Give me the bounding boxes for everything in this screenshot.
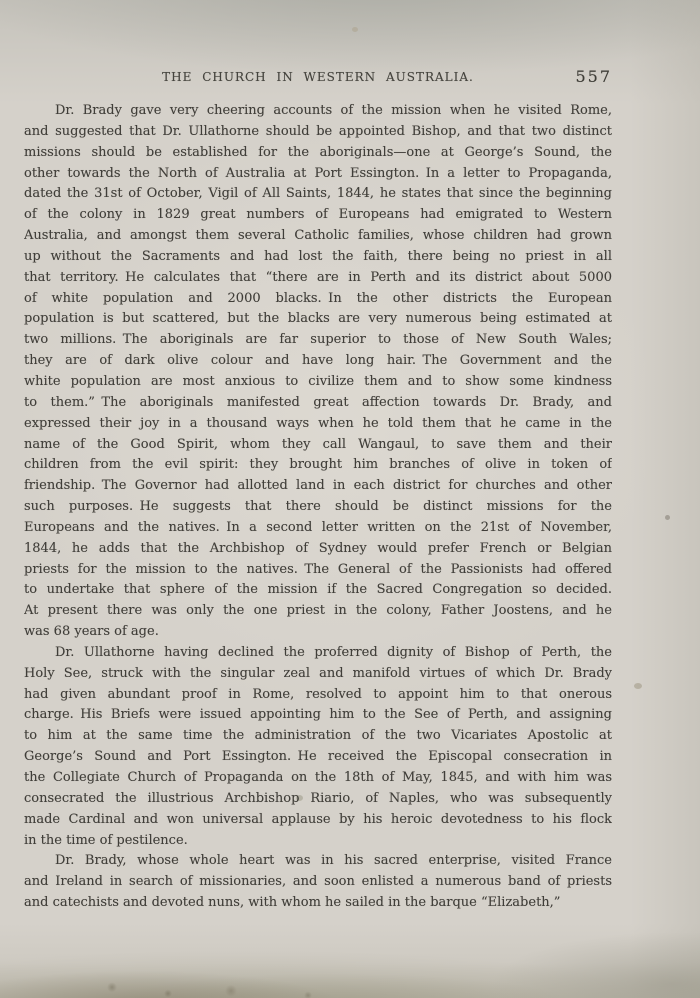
text-line: of the colony in 1829 great numbers of E…	[24, 205, 612, 226]
scan-speck	[665, 515, 670, 520]
text-line: name of the Good Spirit, whom they call …	[24, 435, 612, 456]
text-line: made Cardinal and won universal applause…	[24, 810, 612, 831]
text-line: that territory. He calculates that “ther…	[24, 268, 612, 289]
text-line: missions should be established for the a…	[24, 143, 612, 164]
paragraph: Dr. Brady gave very cheering accounts of…	[24, 101, 612, 643]
text-line: At present there was only the one priest…	[24, 601, 612, 622]
text-line: and suggested that Dr. Ullathorne should…	[24, 122, 612, 143]
text-line: children from the evil spirit: they brou…	[24, 455, 612, 476]
text-line: Australia, and amongst them several Cath…	[24, 226, 612, 247]
text-line: white population are most anxious to civ…	[24, 372, 612, 393]
text-line: Dr. Brady, whose whole heart was in his …	[24, 851, 612, 872]
scan-speck	[352, 27, 358, 32]
body-text: Dr. Brady gave very cheering accounts of…	[24, 101, 612, 914]
right-margin-shade	[630, 0, 700, 998]
text-line: in the time of pestilence.	[24, 831, 612, 852]
text-line: charge. His Briefs were issued appointin…	[24, 705, 612, 726]
bottom-edge-texture	[0, 908, 700, 998]
text-line: to them.” The aboriginals manifested gre…	[24, 393, 612, 414]
text-line: up without the Sacraments and had lost t…	[24, 247, 612, 268]
text-line: Dr. Brady gave very cheering accounts of…	[24, 101, 612, 122]
text-line: expressed their joy in a thousand ways w…	[24, 414, 612, 435]
text-line: population is but scattered, but the bla…	[24, 309, 612, 330]
text-line: they are of dark olive colour and have l…	[24, 351, 612, 372]
text-line: Dr. Ullathorne having declined the profe…	[24, 643, 612, 664]
text-line: of white population and 2000 blacks. In …	[24, 289, 612, 310]
text-line: the Collegiate Church of Propaganda on t…	[24, 768, 612, 789]
text-line: priests for the mission to the natives. …	[24, 560, 612, 581]
page-number: 557	[575, 67, 612, 86]
text-line: friendship. The Governor had allotted la…	[24, 476, 612, 497]
paragraph: Dr. Ullathorne having declined the profe…	[24, 643, 612, 851]
text-line: and catechists and devoted nuns, with wh…	[24, 893, 612, 914]
paragraph: Dr. Brady, whose whole heart was in his …	[24, 851, 612, 914]
text-line: to him at the same time the administrati…	[24, 726, 612, 747]
text-line: Holy See, struck with the singular zeal …	[24, 664, 612, 685]
text-line: to undertake that sphere of the mission …	[24, 580, 612, 601]
text-line: 1844, he adds that the Archbishop of Syd…	[24, 539, 612, 560]
text-line: other towards the North of Australia at …	[24, 164, 612, 185]
text-line: two millions. The aboriginals are far su…	[24, 330, 612, 351]
text-line: Europeans and the natives. In a second l…	[24, 518, 612, 539]
text-line: was 68 years of age.	[24, 622, 612, 643]
scan-speck	[634, 683, 642, 689]
text-line: George’s Sound and Port Essington. He re…	[24, 747, 612, 768]
text-line: such purposes. He suggests that there sh…	[24, 497, 612, 518]
scanned-book-page: THE CHURCH IN WESTERN AUSTRALIA. 557 Dr.…	[0, 0, 700, 998]
text-line: had given abundant proof in Rome, resolv…	[24, 685, 612, 706]
chapter-title: THE CHURCH IN WESTERN AUSTRALIA.	[162, 70, 474, 84]
text-line: and Ireland in search of missionaries, a…	[24, 872, 612, 893]
running-header: THE CHURCH IN WESTERN AUSTRALIA. 557	[24, 67, 612, 87]
text-line: dated the 31st of October, Vigil of All …	[24, 184, 612, 205]
text-line: consecrated the illustrious Archbishop R…	[24, 789, 612, 810]
